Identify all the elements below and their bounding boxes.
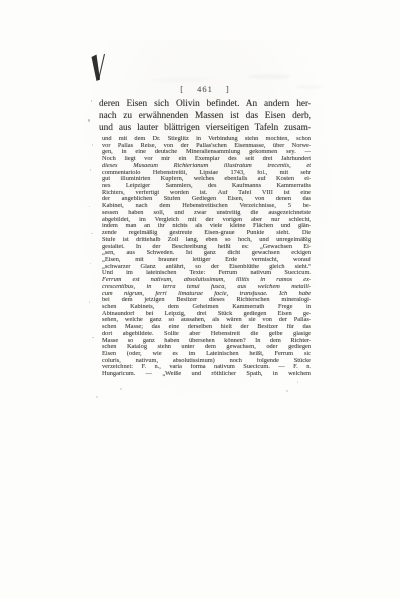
footnote-line: Hungaricum. — „Weiße und röthlicher Spat…: [102, 371, 311, 378]
scan-noise-speck: [96, 396, 98, 398]
footnote-line: gestaltet. In der Beschreibung heißt es:…: [102, 244, 311, 251]
footnote-line: schen Masse; das eine derselben hielt de…: [102, 324, 311, 331]
footnote-line: schen Kabinets, dem Geheimen Kammerrath …: [102, 304, 311, 311]
footnote-line: dieses Musaeum Richterianum illustratum …: [102, 163, 311, 170]
footnote-line: Noch liegt vor mir ein Exemplar des seit…: [102, 156, 311, 163]
page-header: [461]: [100, 84, 310, 94]
footnote-line: „Eisen, mit brauner lettiger Erde vermis…: [102, 257, 311, 264]
footnote-line: commentariolo Hebenstreitii, Lipsiae 174…: [102, 170, 311, 177]
body-text-line: und aus lauter blättrigen vierseitigen T…: [99, 122, 311, 134]
footnote-line: Abtnaundorf bei Leipzig, drei Stück gedi…: [102, 311, 311, 318]
scan-smudge: [248, 74, 290, 79]
footnote-line: Eisen (oder, wie es im Lateinischen heiß…: [102, 351, 311, 358]
scan-noise-speck: [286, 390, 288, 392]
footnote-line: vor Pallas Reise, von der Pallas'schen E…: [102, 143, 311, 150]
footnote-line: „sen, aus Schweden. Ist ganz dicht gewac…: [102, 250, 311, 257]
handwritten-v-ink-mark-icon: [90, 53, 106, 83]
body-text-line: nach zu erwähnenden Massen ist das Eisen…: [99, 110, 311, 122]
footnote-line: Stufe ist drittehalb Zoll lang, eben so …: [102, 237, 311, 244]
main-paragraph: deren Eisen sich Olivin befindet. An and…: [99, 98, 311, 135]
footnote-line: der angeblichen Stufen Gediegen Eisen, v…: [102, 196, 311, 203]
header-page-number: 461: [197, 84, 213, 94]
scanned-book-page: [461] deren Eisen sich Olivin befindet. …: [0, 0, 400, 599]
footnote-line: gen, in eine deutsche Mineraliensammlung…: [102, 149, 311, 156]
scan-noise-speck: [92, 337, 94, 338]
scan-noise-speck: [90, 263, 91, 264]
scan-noise-speck: [89, 206, 90, 207]
footnote-block: und mit dem Dr. Stieglitz in Verbindung …: [102, 136, 311, 378]
scan-smudge: [150, 78, 210, 82]
footnote-line: cum nigrum, ferri limaturae facie, trans…: [102, 291, 311, 298]
footnote-line: schen Katalog stehn unter dem gewachsen,…: [102, 344, 311, 351]
footnote-line: crescentibus, in terra tenui fusca, aus …: [102, 284, 311, 291]
footnote-line: gut illuminirten Kupfern, welches ebenfa…: [102, 176, 311, 183]
footnote-line: sessen haben soll, und zwar unstreitig d…: [102, 210, 311, 217]
scan-noise-speck: [297, 381, 298, 383]
footnote-line: abgebildet, im Vergleich mit der vorigen…: [102, 217, 311, 224]
footnote-line: zende regelmäßig gestreute Eisen-graue P…: [102, 230, 311, 237]
body-text-line: deren Eisen sich Olivin befindet. An and…: [99, 98, 311, 110]
scan-smudge: [295, 85, 323, 89]
scan-noise-speck: [91, 233, 93, 234]
scan-noise-speck: [92, 144, 93, 146]
scan-noise-speck: [88, 119, 90, 122]
footnote-line: indem man an ihr nichts als viele kleine…: [102, 223, 311, 230]
footnote-line: coluris, nativum, absolutissimum) noch f…: [102, 358, 311, 365]
header-bracket-left: [: [180, 84, 184, 94]
footnote-line: bei dem jetzigen Besitzer dieses Richter…: [102, 297, 311, 304]
scan-noise-speck: [91, 100, 92, 102]
scan-noise-speck: [89, 301, 90, 303]
footnote-line: Kabinet, nach dem Hebenstreitischen Verz…: [102, 203, 311, 210]
footnote-line: dort abgebildete. Sollte aber Hebenstrei…: [102, 331, 311, 338]
footnote-line: „schwarzer Glanz anfährt, so der Eisenbl…: [102, 264, 311, 271]
footnote-line: und mit dem Dr. Stieglitz in Verbindung …: [102, 136, 311, 143]
footnote-line: sehen, welche ganz so aussahen, als wäre…: [102, 317, 311, 324]
footnote-line: Ferrum est nativum, absolutissimum, illi…: [102, 277, 311, 284]
header-bracket-right: ]: [226, 84, 230, 94]
footnote-line: Masse so ganz haben übersehen können? In…: [102, 338, 311, 345]
footnote-line: Richters, verfertigt worden ist. Auf Taf…: [102, 190, 311, 197]
scan-noise-speck: [90, 169, 91, 171]
footnote-line: verzeichnet: F. n., varia forma nativum …: [102, 364, 311, 371]
scan-noise-speck: [120, 388, 122, 390]
footnote-line: nes Leipziger Sammlers, des Kaufmanns Ka…: [102, 183, 311, 190]
footnote-line: Und im lateinischen Texte: Ferrum nativu…: [102, 270, 311, 277]
